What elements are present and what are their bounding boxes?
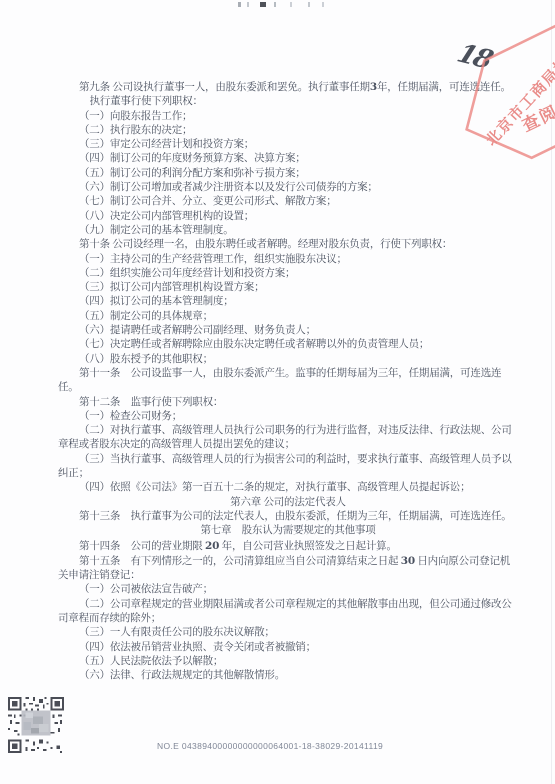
- document-paragraph: （五）制定公司的具体规章；: [58, 310, 518, 324]
- document-body: 第九条 公司设执行董事一人，由股东委派和罢免。执行董事任期3年，任期届满，可连选…: [58, 80, 518, 683]
- document-paragraph: 第十条 公司设经理一名，由股东聘任或者解聘。经理对股东负责，行使下列职权：: [58, 238, 518, 252]
- document-paragraph: （七）制订公司合并、分立、变更公司形式、解散方案；: [58, 195, 518, 209]
- document-paragraph: （一）向股东报告工作；: [58, 110, 518, 124]
- serial-number: NO.E 04389400000000000064001-18-38029-20…: [157, 741, 383, 751]
- document-paragraph: （六）法律、行政法规规定的其他解散情形。: [58, 669, 518, 683]
- chapter-heading: 第七章 股东认为需要规定的其他事项: [58, 524, 518, 538]
- chapter-heading: 第六章 公司的法定代表人: [58, 496, 518, 510]
- document-paragraph: （七）决定聘任或者解聘除应由股东决定聘任或者解聘以外的负责管理人员；: [58, 338, 518, 352]
- scanned-document-page: 第九条 公司设执行董事一人，由股东委派和罢免。执行董事任期3年，任期届满，可连选…: [0, 0, 555, 784]
- document-paragraph: （二）公司章程规定的营业期限届满或者公司章程规定的其他解散事由出现，但公司通过修…: [58, 598, 518, 627]
- document-paragraph: （九）制定公司的基本管理制度。: [58, 224, 518, 238]
- document-paragraph: 第十一条 公司设监事一人，由股东委派产生。监事的任期每届为三年，任期届满，可连选…: [58, 367, 518, 396]
- document-paragraph: （二）对执行董事、高级管理人员执行公司职务的行为进行监督，对违反法律、行政法规、…: [58, 424, 518, 453]
- document-paragraph: （八）决定公司内部管理机构的设置；: [58, 210, 518, 224]
- document-paragraph: （三）一人有限责任公司的股东决议解散；: [58, 626, 518, 640]
- document-paragraph: （四）拟订公司的基本管理制度；: [58, 295, 518, 309]
- document-paragraph: （五）制订公司的利润分配方案和弥补亏损方案；: [58, 167, 518, 181]
- document-paragraph: 第十二条 监事行使下列职权：: [58, 396, 518, 410]
- document-paragraph: 第十五条 有下列情形之一的，公司清算组应当自公司清算结束之日起 30 日内向原公…: [58, 554, 518, 584]
- document-paragraph: （五）人民法院依法予以解散；: [58, 655, 518, 669]
- scan-top-artifact: [238, 2, 348, 7]
- document-paragraph: （一）主持公司的生产经营管理工作，组织实施股东决议；: [58, 253, 518, 267]
- document-paragraph: 第十四条 公司的营业期限 20 年，自公司营业执照签发之日起计算。: [58, 539, 518, 554]
- document-paragraph: （三）当执行董事、高级管理人员的行为损害公司的利益时，要求执行董事、高级管理人员…: [58, 453, 518, 482]
- document-paragraph: （二）组织实施公司年度经营计划和投资方案；: [58, 267, 518, 281]
- qr-code-icon: [8, 697, 64, 753]
- qr-code-graphic: [8, 697, 64, 753]
- document-paragraph: （一）检查公司财务；: [58, 410, 518, 424]
- document-paragraph: （四）制订公司的年度财务预算方案、决算方案；: [58, 152, 518, 166]
- document-paragraph: （三）审定公司经营计划和投资方案；: [58, 138, 518, 152]
- document-paragraph: 第十三条 执行董事为公司的法定代表人，由股东委派，任期为三年，任期届满，可连选连…: [58, 510, 518, 524]
- document-paragraph: （六）制订公司增加或者减少注册资本以及发行公司债券的方案；: [58, 181, 518, 195]
- document-paragraph: （四）依照《公司法》第一百五十二条的规定，对执行董事、高级管理人员提起诉讼；: [58, 481, 518, 495]
- document-paragraph: （二）执行股东的决定；: [58, 124, 518, 138]
- document-paragraph: （六）提请聘任或者解聘公司副经理、财务负责人；: [58, 324, 518, 338]
- document-paragraph: （三）拟订公司内部管理机构设置方案；: [58, 281, 518, 295]
- document-paragraph: （一）公司被依法宣告破产；: [58, 583, 518, 597]
- document-paragraph: （八）股东授予的其他职权；: [58, 353, 518, 367]
- document-paragraph: （四）依法被吊销营业执照、责令关闭或者被撤销；: [58, 641, 518, 655]
